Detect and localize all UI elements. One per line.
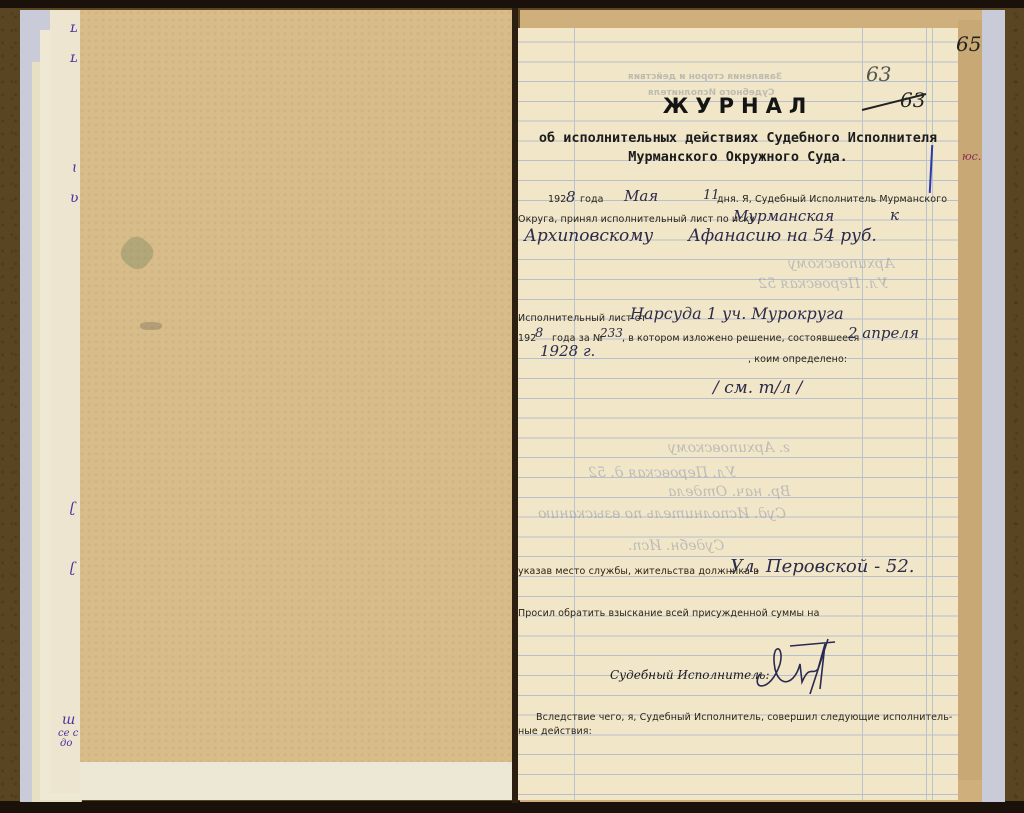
consequence-line1: Вследствие чего, я, Судебный Исполнитель…	[536, 712, 952, 723]
address-label: указав место службы, жительства должника…	[518, 566, 759, 577]
claimant-value: Мурманская	[733, 207, 834, 225]
decision-date-value: 2 апреля	[848, 324, 919, 342]
writ-label: Исполнительный лист от	[518, 313, 646, 324]
journal-subtitle-line2: Мурманского Окружного Суда.	[518, 149, 958, 165]
show-through-text: Ул. Перовская д. 52	[588, 465, 736, 481]
determined-label: , коим определено:	[748, 354, 847, 365]
margin-handwriting: юс.	[962, 150, 981, 163]
writ-court-value: Нарсуда 1 уч. Мурокруга	[630, 304, 844, 323]
defendant-name-value: Афанасию на 54 руб.	[688, 226, 877, 246]
writ-number-value: 233	[600, 326, 623, 340]
year-prefix: 192	[548, 194, 566, 205]
right-tan-edge	[958, 20, 982, 780]
folio-number: 65	[956, 32, 981, 56]
journal-form-page: Заявления сторон и действия Судебного Ис…	[518, 28, 958, 800]
year-digit: 8	[566, 188, 576, 206]
line1-text: дня. Я, Судебный Исполнитель Мурманского	[717, 194, 947, 205]
folio-old-number: 63	[866, 62, 891, 86]
show-through-text: Суд. Исполнитель по взысканию	[538, 506, 786, 522]
margin-handwriting: ʟ	[70, 20, 78, 36]
margin-handwriting: ʋ	[70, 190, 79, 206]
margin-handwriting: ш	[62, 712, 75, 728]
show-through-header: Заявления сторон и действия	[628, 72, 782, 82]
show-through-text: г. Архиповскому	[668, 440, 790, 456]
writ-year-digit: 8	[535, 326, 543, 341]
show-through-text: Судебн. Исп.	[628, 538, 724, 554]
writ-year-prefix: 192	[518, 333, 536, 344]
top-edge	[0, 0, 1024, 8]
margin-handwriting: ʟ	[70, 50, 78, 66]
line2-text: Округа, принял исполнительный лист по ис…	[518, 214, 755, 225]
margin-handwriting: ʗ	[70, 560, 76, 576]
show-through-text: Ул. Перовская 52	[758, 276, 888, 292]
journal-subtitle-line1: об исполнительных действиях Судебного Ис…	[518, 130, 958, 146]
signature-scribble	[740, 634, 850, 698]
stain	[116, 232, 158, 274]
left-page-bottom-sheet	[80, 762, 514, 800]
margin-handwriting: ʗ	[70, 500, 76, 516]
year-label: года	[580, 194, 604, 205]
show-through-text: Архиповскому	[788, 256, 894, 272]
decision-year-value: 1928 г.	[540, 342, 595, 360]
address-value: Ул. Перовской - 52.	[730, 556, 915, 577]
margin-handwriting: до	[60, 738, 72, 749]
month-value: Мая	[624, 187, 658, 205]
folio-corrected-number: 63	[900, 88, 925, 112]
writ-decision-text: , в котором изложено решение, состоявшее…	[622, 333, 859, 344]
stain	[140, 322, 162, 330]
claimant-mark: к	[890, 206, 899, 224]
consequence-line2: ные действия:	[518, 726, 592, 737]
left-blank-page	[80, 10, 514, 770]
margin-handwriting: ɩ	[72, 160, 78, 176]
request-label: Просил обратить взыскание всей присужден…	[518, 608, 820, 619]
show-through-text: Вр. нач. Отдела	[668, 484, 791, 500]
defendant-value: Архиповскому	[524, 226, 653, 246]
determined-value: / см. т/л /	[713, 378, 802, 398]
